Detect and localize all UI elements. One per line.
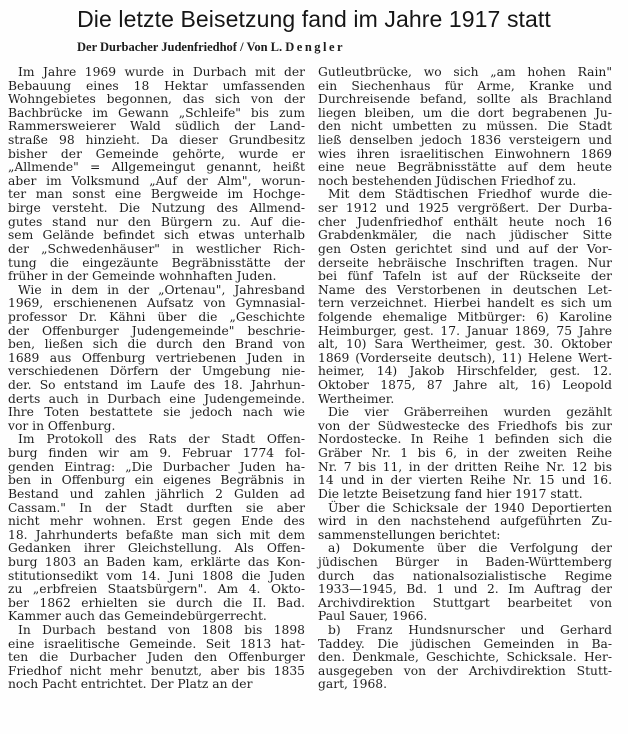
text-line: Die vier Gräberreihen wurden gezählt xyxy=(318,406,612,420)
text-line: zu „erbfreien Staatsbürgern". Am 4. Okto… xyxy=(8,583,305,597)
text-line: derts auch in Durbach eine Judengemeinde… xyxy=(8,393,305,407)
text-line: ser 1912 und 1925 vergrößert. Der Durba- xyxy=(318,202,612,216)
text-line: a) Dokumente über die Verfolgung der xyxy=(318,542,612,556)
text-line: eine israelitische Gemeinde. Seit 1813 h… xyxy=(8,638,305,652)
text-line: Nr. 7 bis 11, in der dritten Reihe Nr. 1… xyxy=(318,461,612,475)
text-line: Friedhof nicht mehr benutzt, aber bis 18… xyxy=(8,665,305,679)
text-line: noch Pacht entrichtet. Der Platz an der xyxy=(8,678,305,692)
text-line: Archivdirektion Stuttgart bearbeitet von xyxy=(318,597,612,611)
text-line: ausgegeben von der Archivdirektion Stutt… xyxy=(318,665,612,679)
text-line: ber 1862 erhielten sie durch die II. Bad… xyxy=(8,597,305,611)
text-line: Name des Verstorbenen in deutschen Let- xyxy=(318,284,612,298)
text-line: den. Denkmale, Geschichte, Schicksale. H… xyxy=(318,651,612,665)
text-line: sammenstellungen berichtet: xyxy=(318,529,612,543)
text-line: gart, 1968. xyxy=(318,678,612,692)
subhead-title: Der Durbacher Judenfriedhof / Von L. xyxy=(77,40,282,54)
text-line: Grabdenkmäler, die nach jüdischer Sitte xyxy=(318,229,612,243)
text-line: 1969, erschienenen Aufsatz von Gymnasial… xyxy=(8,297,305,311)
text-line: professor Dr. Kähni über die „Geschichte xyxy=(8,311,305,325)
text-line: noch bestehenden Jüdischen Friedhof zu. xyxy=(318,175,612,189)
text-line: tung die eingezäunte Begräbnisstätte der xyxy=(8,257,305,271)
text-line: der. So entstand im Laufe des 18. Jahrhu… xyxy=(8,379,305,393)
text-line: „Allmende" = Allgemeingut genannt, heißt xyxy=(8,161,305,175)
text-line: gutes stand nur den Bürgern zu. Auf die- xyxy=(8,216,305,230)
text-line: burg finden wir am 9. Februar 1774 fol- xyxy=(8,447,305,461)
text-line: Gräber Nr. 1 bis 6, in der zweiten Reihe xyxy=(318,447,612,461)
text-line: eine neue Begräbnisstätte auf dem heute xyxy=(318,161,612,175)
text-line: b) Franz Hundsnurscher und Gerhard xyxy=(318,624,612,638)
text-line: genden Eintrag: „Die Durbacher Juden ha- xyxy=(8,461,305,475)
text-line: Cassam." In der Stadt durften sie aber xyxy=(8,502,305,516)
text-line: bei fünf Tafeln ist auf der Rückseite de… xyxy=(318,270,612,284)
text-line: burg 1803 an Baden kam, erklärte das Kon… xyxy=(8,556,305,570)
text-line: 18. Jahrhunderts befaßte man sich mit de… xyxy=(8,529,305,543)
text-line: Wertheimer. xyxy=(318,393,612,407)
text-line: verschiedenen Dörfern der Umgebung nie- xyxy=(8,365,305,379)
text-line: ben in Offenburg ein eigenes Begräbnis i… xyxy=(8,474,305,488)
text-line: 1933—1945, Bd. 1 und 2. Im Auftrag der xyxy=(318,583,612,597)
text-line: tern verzeichnet. Hierbei handelt es sic… xyxy=(318,297,612,311)
text-line: Durchreisende befand, sollte als Brachla… xyxy=(318,93,612,107)
text-line: Taddey. Die jüdischen Gemeinden in Ba- xyxy=(318,638,612,652)
text-line: Gutleutbrücke, wo sich „am hohen Rain" xyxy=(318,66,612,80)
text-line: gen Osten gerichtet sind und auf der Vor… xyxy=(318,243,612,257)
text-line: folgende ehemalige Mitbürger: 6) Karolin… xyxy=(318,311,612,325)
text-line: ten die Durbacher Juden den Offenburger xyxy=(8,651,305,665)
text-line: früher in der Gemeinde wohnhaften Juden. xyxy=(8,270,305,284)
text-line: Wie in dem in der „Ortenau", Jahresband xyxy=(8,284,305,298)
text-line: bisher der Gemeinde gehörte, wurde er xyxy=(8,148,305,162)
article-subhead: Der Durbacher Judenfriedhof / Von L. Den… xyxy=(77,39,345,55)
text-line: vor in Offenburg. xyxy=(8,420,305,434)
text-line: sem Gelände befindet sich etwas unterhal… xyxy=(8,229,305,243)
text-line: 1869 (Vorderseite deutsch), 11) Helene W… xyxy=(318,352,612,366)
text-line: Oktober 1875, 87 Jahre alt, 16) Leopold xyxy=(318,379,612,393)
text-line: Bachbrücke im Gewann „Schleife" bis zum xyxy=(8,107,305,121)
text-line: Kammer auch das Gemeindebürgerrecht. xyxy=(8,610,305,624)
text-line: ter man sonst eine Bergweide im Hochge- xyxy=(8,188,305,202)
text-line: Über die Schicksale der 1940 Deportierte… xyxy=(318,502,612,516)
text-line: derseite hebräische Inschriften tragen. … xyxy=(318,257,612,271)
text-line: von der Südwestecke des Friedhofs bis zu… xyxy=(318,420,612,434)
text-line: aber im Volksmund „Auf der Alm", worun- xyxy=(8,175,305,189)
text-line: Gedanken ihrer Gleichstellung. Als Offen… xyxy=(8,542,305,556)
text-line: stitutionsedikt vom 14. Juni 1808 die Ju… xyxy=(8,570,305,584)
text-line: jüdischen Bürger in Baden-Württemberg xyxy=(318,556,612,570)
text-line: 1689 aus Offenburg vertriebenen Juden in xyxy=(8,352,305,366)
text-line: der „Schwedenhäuser" in westlicher Rich- xyxy=(8,243,305,257)
text-line: alt, 10) Sara Wertheimer, gest. 30. Okto… xyxy=(318,338,612,352)
article-headline: Die letzte Beisetzung fand im Jahre 1917… xyxy=(0,4,628,34)
text-line: Heimburger, gest. 17. Januar 1869, 75 Ja… xyxy=(318,325,612,339)
article-column-right: Gutleutbrücke, wo sich „am hohen Rain"ei… xyxy=(318,66,612,692)
text-line: ließ denselben jedoch 1836 versteigern u… xyxy=(318,134,612,148)
text-line: Wohngebietes begonnen, das sich von der xyxy=(8,93,305,107)
text-line: der Offenburger Judengemeinde" beschrie- xyxy=(8,325,305,339)
text-line: wies ihren israelitischen Einwohnern 186… xyxy=(318,148,612,162)
text-line: Paul Sauer, 1966. xyxy=(318,610,612,624)
text-line: liegen bleiben, um die dort begrabenen J… xyxy=(318,107,612,121)
text-line: Nordostecke. In Reihe 1 befinden sich di… xyxy=(318,433,612,447)
text-line: Rammersweierer Wald südlich der Land- xyxy=(8,120,305,134)
text-line: Ihre Toten bestattete sie jedoch nach wi… xyxy=(8,406,305,420)
text-line: nicht mehr wohnen. Erst gegen Ende des xyxy=(8,515,305,529)
text-line: heimer, 14) Jakob Hirschfelder, gest. 12… xyxy=(318,365,612,379)
text-line: wird in den nachstehend aufgeführten Zu- xyxy=(318,515,612,529)
article-column-left: Im Jahre 1969 wurde in Durbach mit derBe… xyxy=(8,66,305,692)
author-name: Dengler xyxy=(285,40,345,54)
text-line: Im Jahre 1969 wurde in Durbach mit der xyxy=(8,66,305,80)
text-line: birge versteht. Die Nutzung des Allmend- xyxy=(8,202,305,216)
text-line: Bestand und zahlen jährlich 2 Gulden ad xyxy=(8,488,305,502)
text-line: Mit dem Städtischen Friedhof wurde die- xyxy=(318,188,612,202)
text-line: Die letzte Beisetzung fand hier 1917 sta… xyxy=(318,488,612,502)
text-line: durch das nationalsozialistische Regime xyxy=(318,570,612,584)
text-line: ein Siechenhaus für Arme, Kranke und xyxy=(318,80,612,94)
text-line: In Durbach bestand von 1808 bis 1898 xyxy=(8,624,305,638)
text-line: straße 98 hinzieht. Da dieser Grundbesit… xyxy=(8,134,305,148)
text-line: Bebauung eines 18 Hektar umfassenden xyxy=(8,80,305,94)
text-line: ben, ließen sich die durch den Brand von xyxy=(8,338,305,352)
text-line: Im Protokoll des Rats der Stadt Offen- xyxy=(8,433,305,447)
text-line: cher Judenfriedhof enthält heute noch 16 xyxy=(318,216,612,230)
text-line: 14 und in der vierten Reihe Nr. 15 und 1… xyxy=(318,474,612,488)
text-line: den nicht umbetten zu müssen. Die Stadt xyxy=(318,120,612,134)
